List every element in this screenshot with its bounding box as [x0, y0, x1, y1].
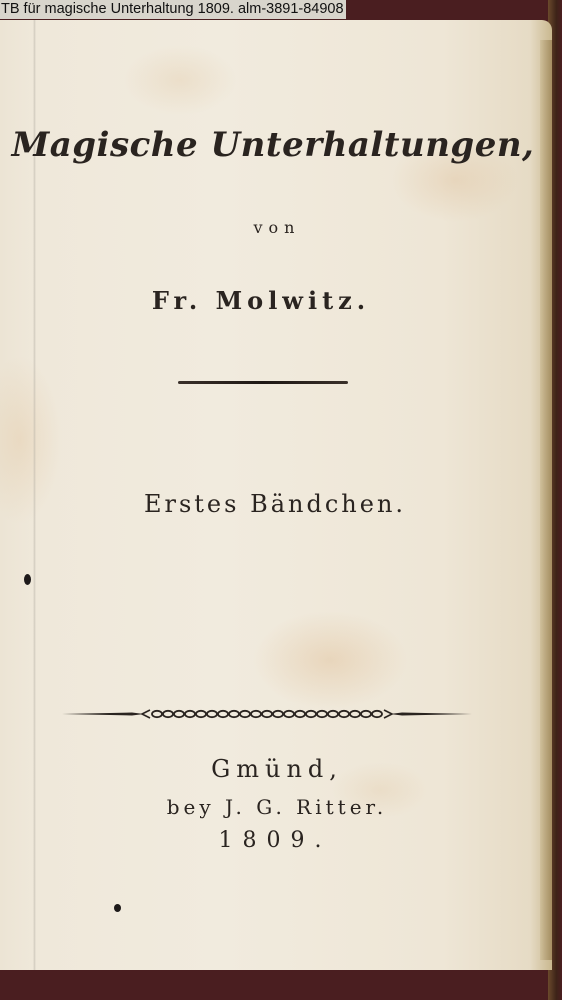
volume-label: Erstes Bändchen.	[0, 490, 556, 518]
publisher-name: bey J. G. Ritter.	[0, 795, 558, 819]
publication-year: 1809.	[0, 828, 556, 853]
book-title: Magische Unterhaltungen,	[0, 125, 554, 165]
ornamental-rule-icon	[62, 704, 472, 724]
image-caption: TB für magische Unterhaltung 1809. alm-3…	[0, 0, 346, 19]
author-name: Fr. Molwitz.	[0, 286, 542, 315]
publication-place: Gmünd,	[0, 755, 558, 783]
ink-spot	[24, 574, 31, 585]
by-line: von	[0, 218, 558, 237]
ink-spot	[114, 904, 121, 912]
divider-rule	[178, 381, 348, 384]
